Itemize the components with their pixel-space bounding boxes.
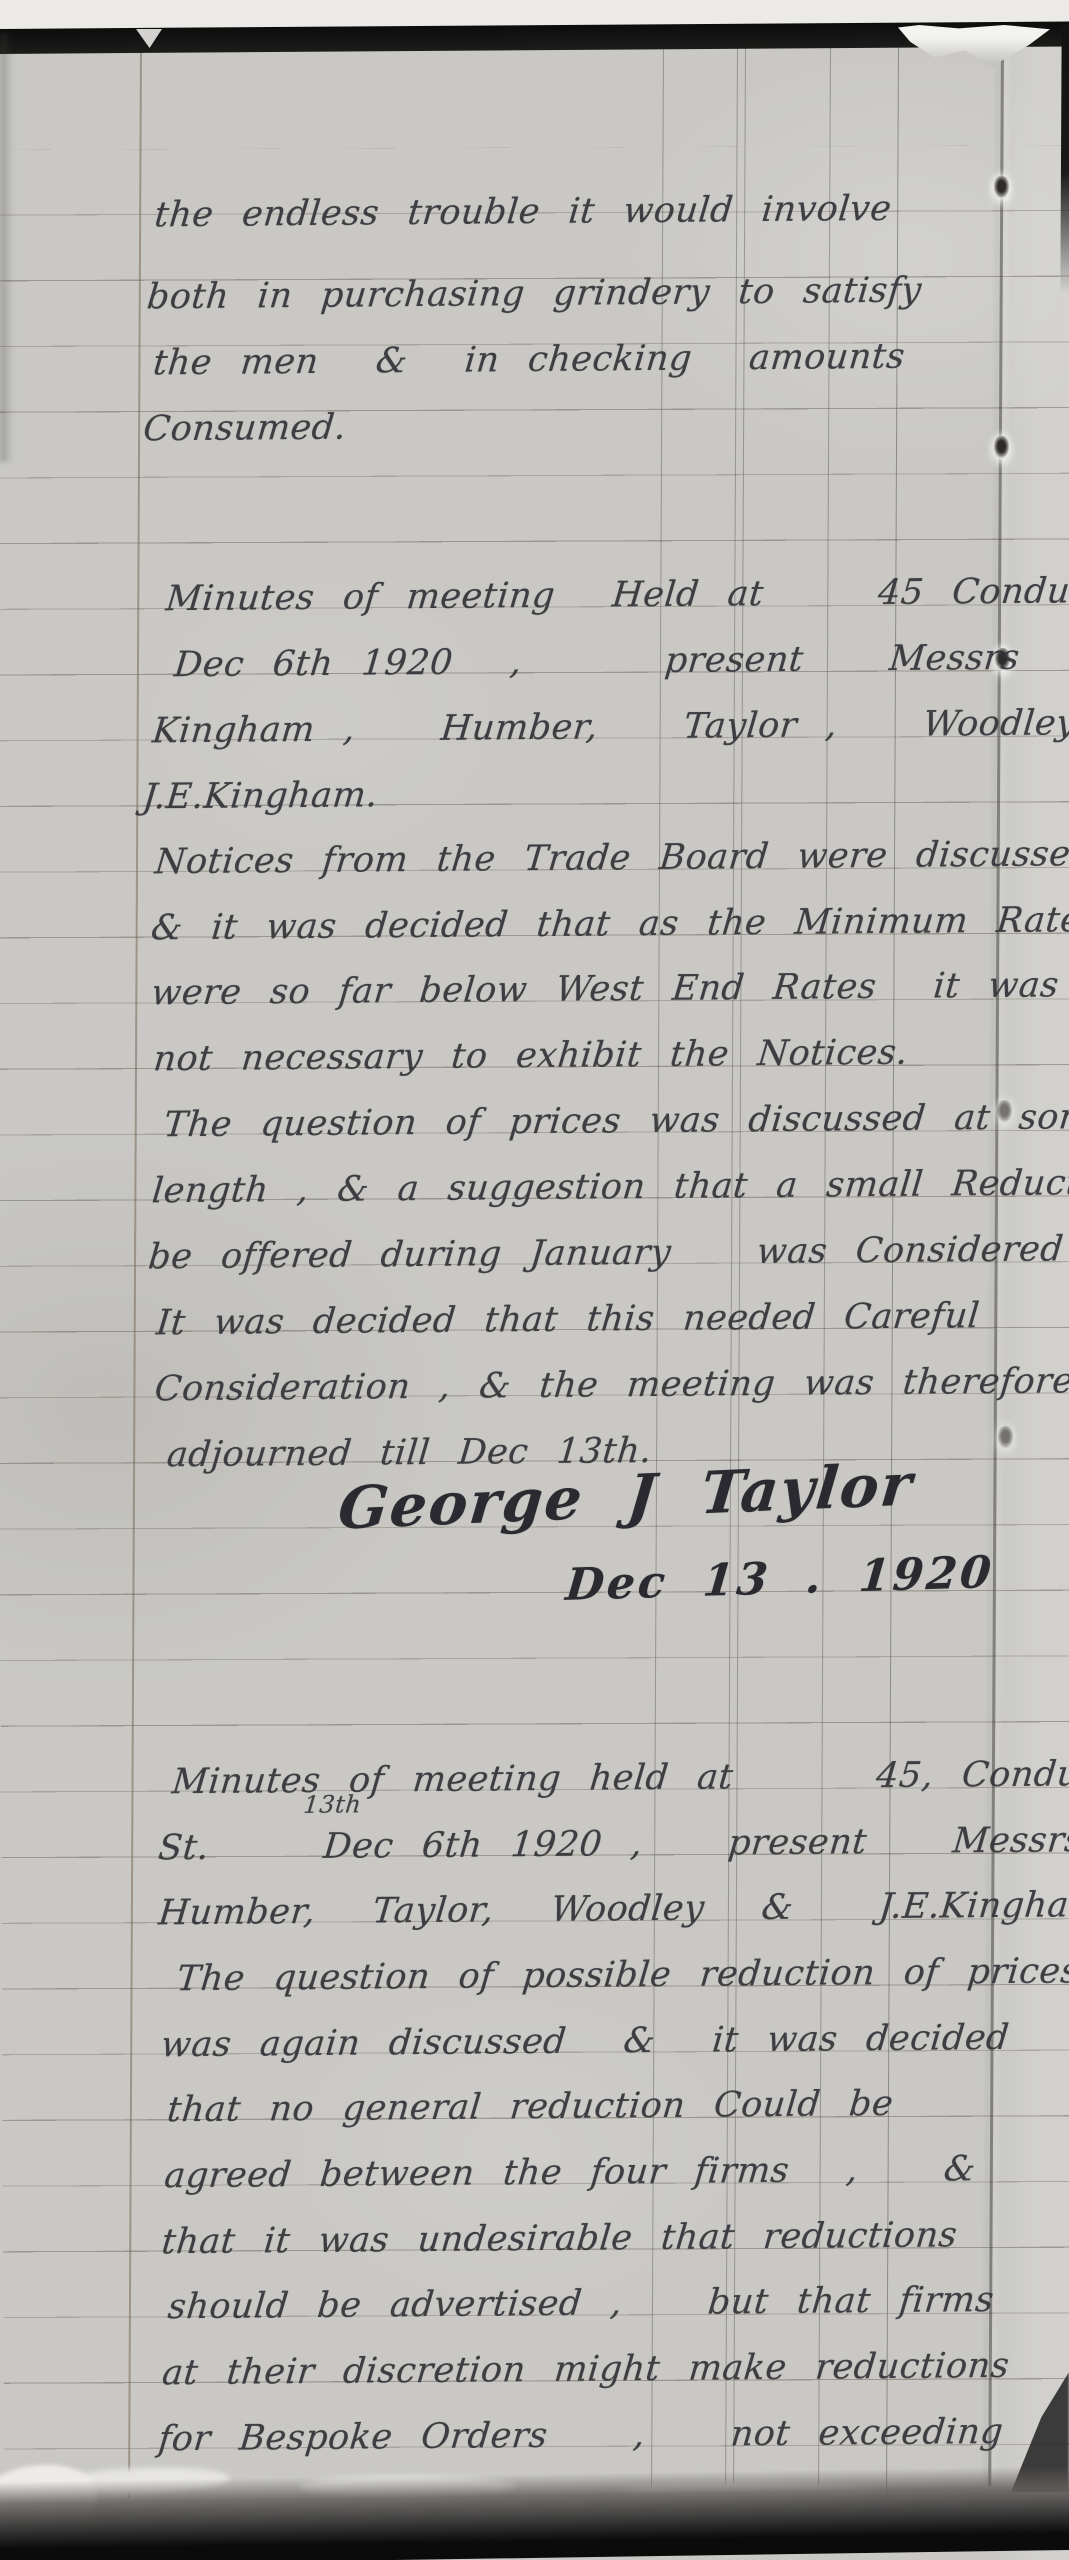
manuscript-line: St. Dec 6th 1920 , present Messrs — [157, 1820, 1069, 1868]
manuscript-text-layer: the endless trouble it would involve bot… — [0, 0, 1069, 2560]
manuscript-line: & it was decided that as the Minimum Rat… — [149, 900, 1069, 948]
manuscript-line: It was decided that this needed Careful — [155, 1296, 982, 1343]
page-bottom-edge-shadow — [0, 2466, 1069, 2560]
manuscript-line: Notices from the Trade Board were discus… — [153, 834, 1069, 882]
manuscript-line: J.E.Kingham. — [141, 775, 380, 817]
signature-date: Dec 13 . 1920 — [564, 1547, 996, 1611]
manuscript-line: not necessary to exhibit the Notices. — [152, 1033, 910, 1080]
manuscript-line: for Bespoke Orders , not exceeding — [157, 2412, 1006, 2459]
manuscript-line: length , & a suggestion that a small Red… — [150, 1163, 1069, 1212]
manuscript-line: the men & in checking amounts — [151, 337, 907, 384]
manuscript-line: at their discretion might make reduction… — [160, 2346, 1011, 2393]
manuscript-line: that no general reduction Could be — [165, 2084, 895, 2130]
manuscript-line: Humber, Taylor, Woodley & J.E.Kingham , — [157, 1885, 1069, 1934]
manuscript-line: The question of possible reduction of pr… — [175, 1951, 1069, 1999]
manuscript-line: Minutes of meeting Held at 45 Conduit St… — [164, 570, 1069, 619]
manuscript-line: Dec 6th 1920 , present Messrs W.B — [172, 637, 1069, 686]
manuscript-line: be offered during January was Considered… — [146, 1229, 1069, 1277]
inserted-date-correction: 13th — [302, 1790, 362, 1819]
manuscript-line: was again discussed & it was decided — [159, 2018, 1011, 2065]
scanned-minute-book-page: the endless trouble it would involve bot… — [0, 0, 1069, 2560]
manuscript-line: that it was undesirable that reductions — [160, 2215, 959, 2262]
manuscript-line: Consideration , & the meeting was theref… — [153, 1361, 1069, 1409]
manuscript-line: agreed between the four firms , & — [163, 2149, 978, 2196]
manuscript-line: Consumed. — [142, 408, 349, 450]
manuscript-line: should be advertised , but that firms — [166, 2280, 996, 2327]
manuscript-line: were so far below West End Rates it was — [150, 965, 1061, 1013]
manuscript-line: Kingham , Humber, Taylor , Woodley & — [151, 702, 1069, 751]
manuscript-line: the endless trouble it would involve — [153, 189, 894, 235]
manuscript-line: The question of prices was discussed at … — [162, 1097, 1069, 1145]
manuscript-line: both in purchasing grindery to satisfy — [145, 271, 923, 318]
